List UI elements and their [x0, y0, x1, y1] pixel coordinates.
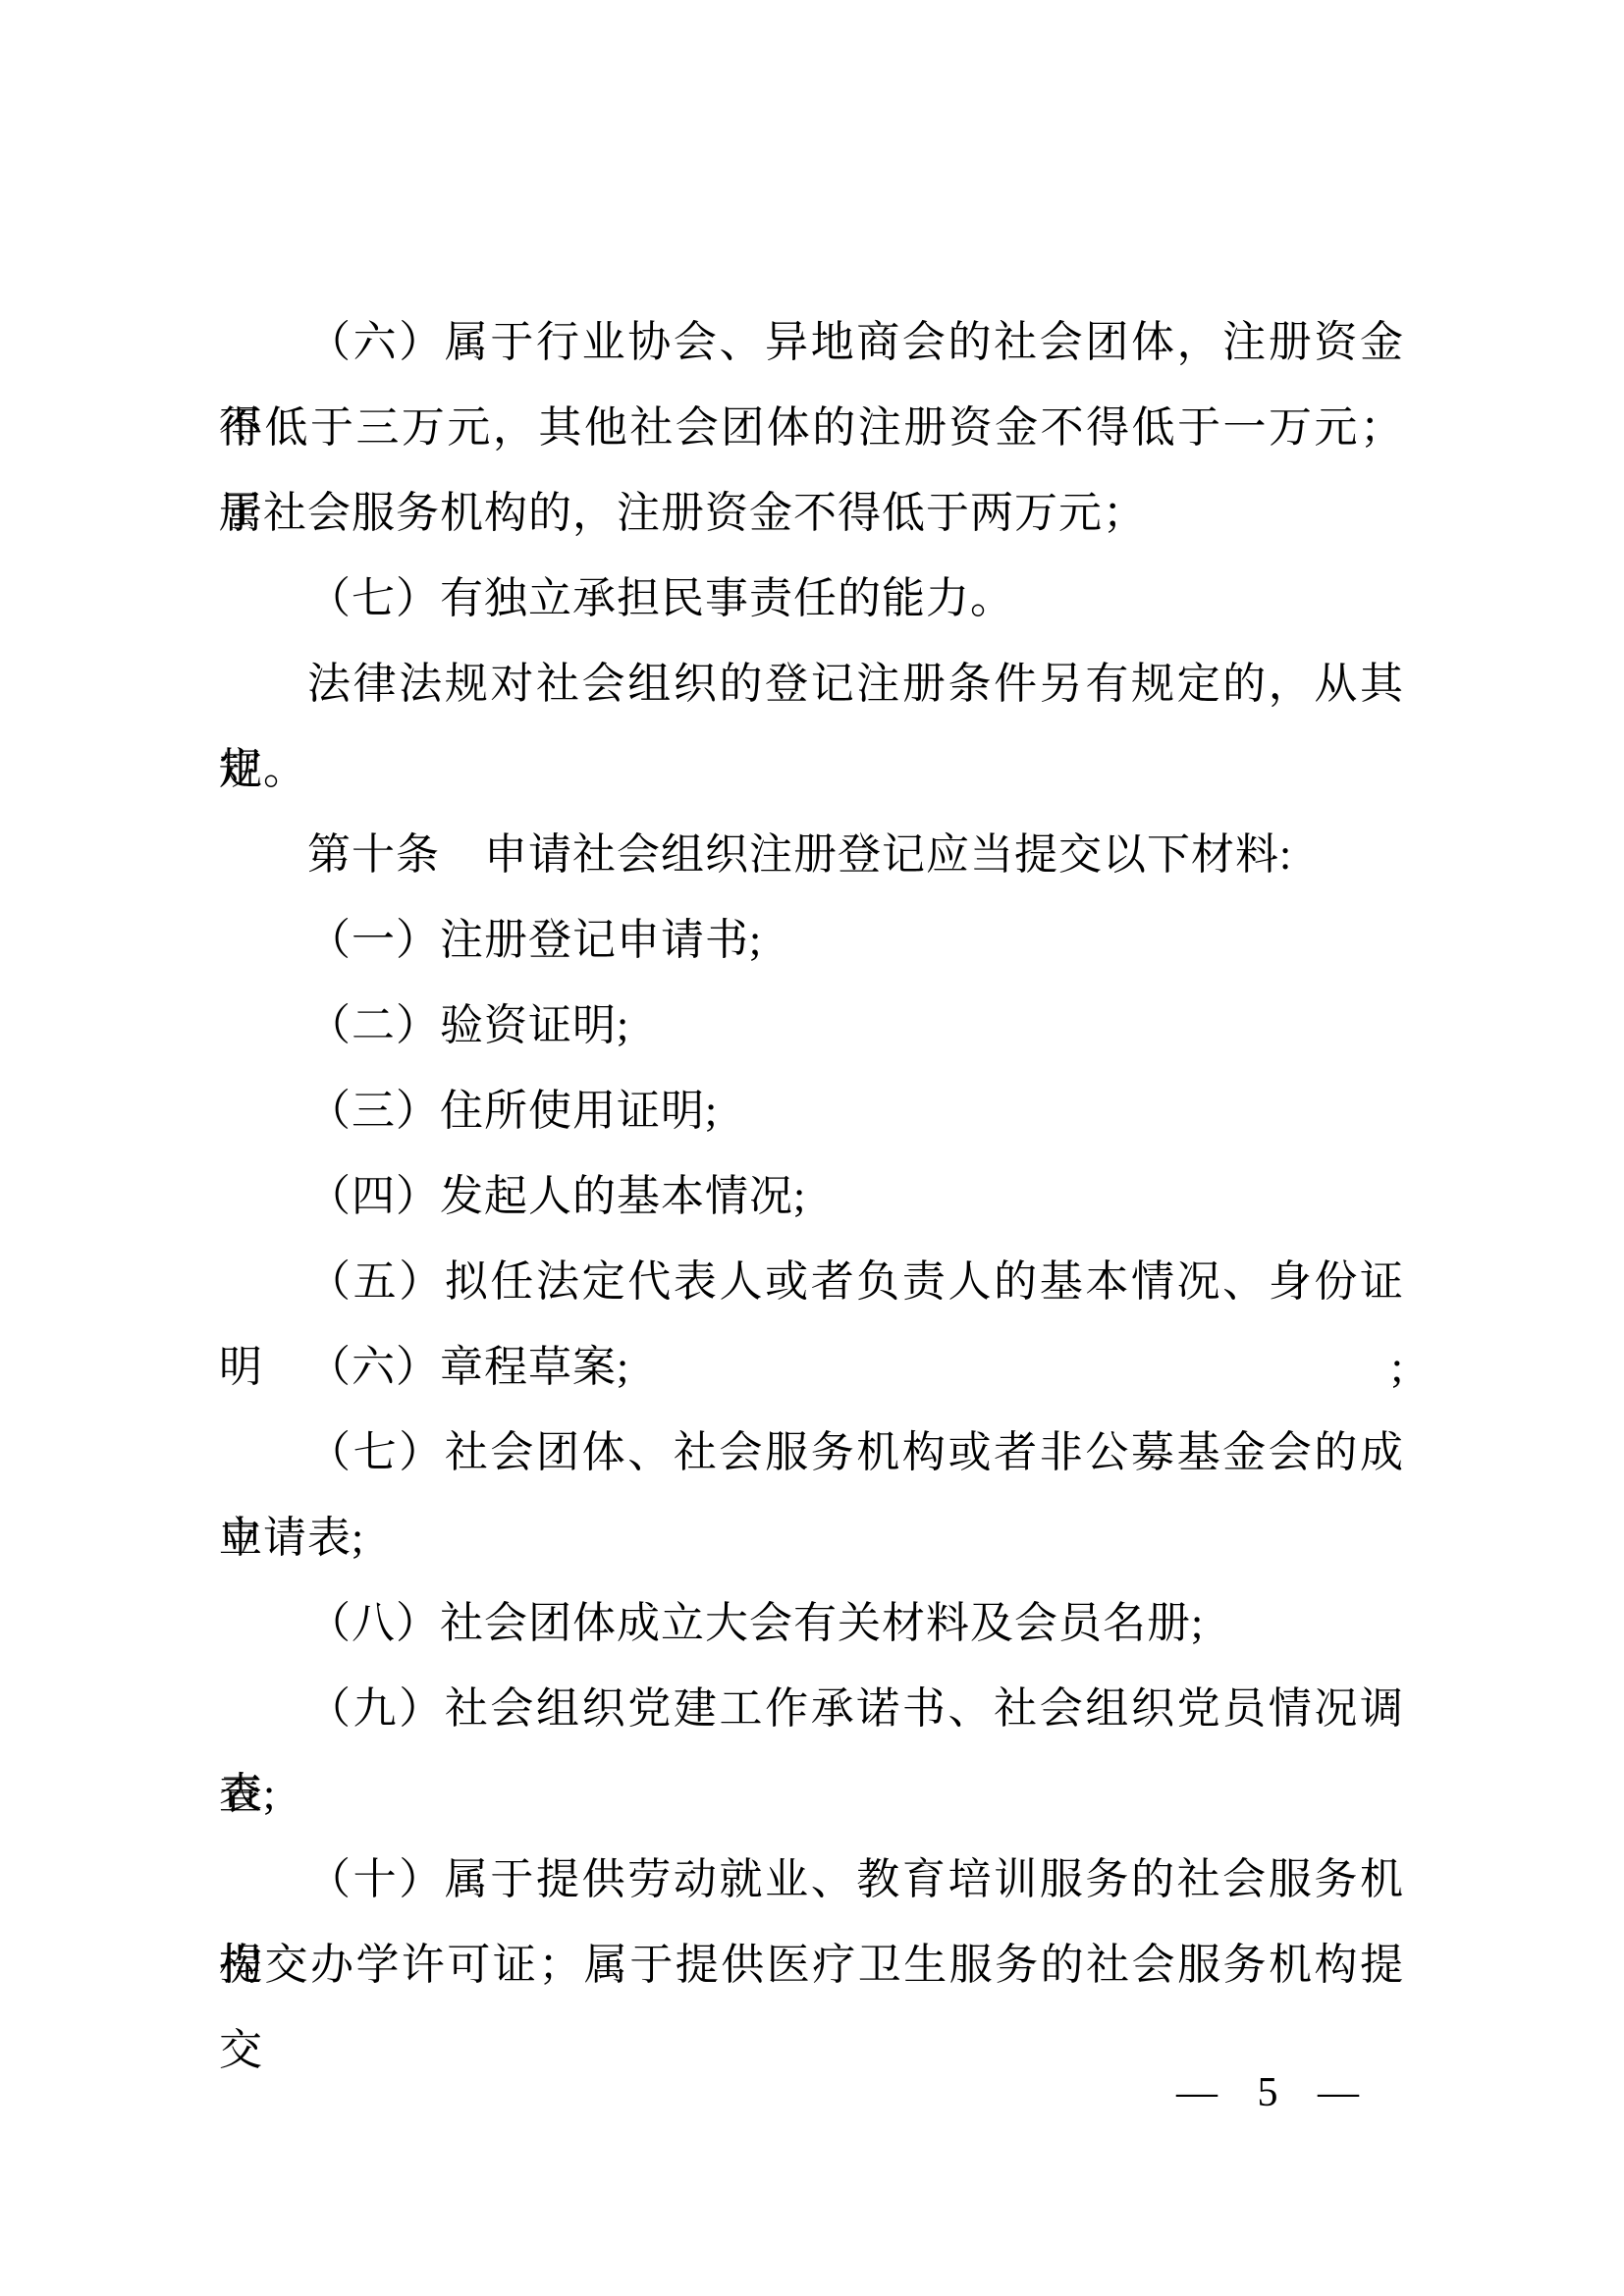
document-page: （六）属于行业协会、异地商会的社会团体，注册资金不 得低于三万元，其他社会团体的…	[0, 0, 1624, 2296]
text-line: （九）社会组织党建工作承诺书、社会组织党员情况调查	[219, 1666, 1404, 1751]
text-line: （六）属于行业协会、异地商会的社会团体，注册资金不	[219, 299, 1404, 385]
text-line: （七）社会团体、社会服务机构或者非公募基金会的成立	[219, 1410, 1404, 1495]
text-line: （二）验资证明;	[219, 983, 1404, 1068]
text-line: 于社会服务机构的，注册资金不得低于两万元；	[219, 470, 1404, 556]
text-line: （八）社会团体成立大会有关材料及会员名册;	[219, 1580, 1404, 1666]
page-number: — 5 —	[1176, 2069, 1365, 2116]
text-line: （一）注册登记申请书;	[219, 897, 1404, 983]
text-line: 申请表;	[219, 1495, 1404, 1580]
text-line: 提交办学许可证；属于提供医疗卫生服务的社会服务机构提交	[219, 1922, 1404, 2007]
text-block: （六）属于行业协会、异地商会的社会团体，注册资金不 得低于三万元，其他社会团体的…	[219, 299, 1404, 2007]
text-line: 定。	[219, 726, 1404, 812]
text-line: 法律法规对社会组织的登记注册条件另有规定的，从其规	[219, 641, 1404, 726]
text-line: 得低于三万元，其他社会团体的注册资金不得低于一万元；属	[219, 385, 1404, 470]
text-line: （七）有独立承担民事责任的能力。	[219, 556, 1404, 641]
text-line: 表;	[219, 1751, 1404, 1837]
text-line: （三）住所使用证明;	[219, 1068, 1404, 1153]
text-line: （五）拟任法定代表人或者负责人的基本情况、身份证明;	[219, 1239, 1404, 1324]
text-line: （四）发起人的基本情况;	[219, 1153, 1404, 1239]
text-line: 第十条 申请社会组织注册登记应当提交以下材料:	[219, 812, 1404, 897]
text-line: （十）属于提供劳动就业、教育培训服务的社会服务机构	[219, 1837, 1404, 1922]
